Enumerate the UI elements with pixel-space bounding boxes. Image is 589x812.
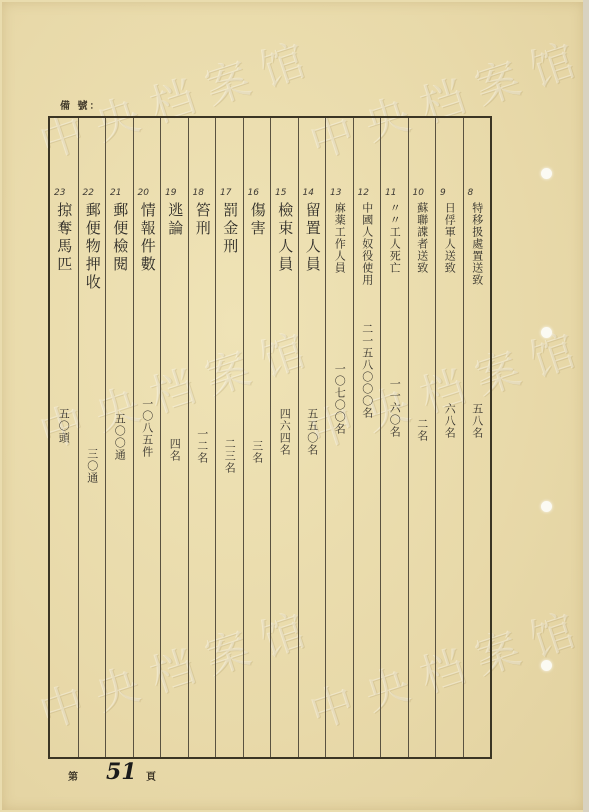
item-number: 23 [54,188,65,198]
item-count: 五〇〇通 [114,413,125,461]
item-label: 麻薬工作人員 [334,202,345,274]
item-count: 一一六〇名 [389,378,400,438]
item-number: 10 [413,188,424,198]
item-count: 三名 [252,440,263,464]
item-count: 二三名 [224,438,235,474]
item-count: 六八名 [444,403,455,439]
item-label: 掠奪馬匹 [56,202,71,274]
table-column: 14留置人員五五〇名 [298,118,327,757]
item-count: 五八名 [472,403,483,439]
item-label: 檢束人員 [277,202,292,274]
table-column: 10蘇聯諜者送致二名 [408,118,437,757]
item-label: 罰金刑 [222,202,237,256]
item-label: 郵便物押收 [85,202,100,292]
table-column: 12中國人奴役使用二一五八〇〇〇名 [353,118,382,757]
punch-hole [541,168,552,179]
item-label: 特移扱處置送致 [472,202,483,286]
item-count: 三〇通 [87,448,98,484]
table-column: 15檢束人員四六四名 [270,118,299,757]
item-number: 11 [385,188,396,198]
reference-label: 備 號： [60,97,101,112]
page-suffix: 頁 [146,768,156,783]
table-column: 13麻薬工作人員一〇七〇〇名 [325,118,354,757]
item-count: 二名 [417,418,428,442]
item-label: 郵便檢閱 [112,202,127,274]
item-number: 13 [330,188,341,198]
punch-hole [541,660,552,671]
table-column: 18笞刑一二名 [188,118,217,757]
item-number: 12 [358,188,369,198]
item-number: 20 [138,188,149,198]
table-column: 8特移扱處置送致五八名 [463,118,492,757]
item-number: 8 [468,188,474,198]
item-number: 21 [110,188,121,198]
item-count: 二一五八〇〇〇名 [362,323,373,419]
table-column: 11〃〃工人死亡一一六〇名 [380,118,409,757]
item-number: 16 [248,188,259,198]
item-number: 15 [275,188,286,198]
item-count: 四六四名 [279,408,290,456]
item-count: 四名 [169,438,180,462]
item-count: 一二名 [197,428,208,464]
item-label: 中國人奴役使用 [362,202,373,286]
item-number: 9 [440,188,446,198]
page-number: 51 [106,759,137,785]
table-column: 17罰金刑二三名 [215,118,244,757]
page-prefix: 第 [68,768,78,783]
item-number: 22 [83,188,94,198]
item-label: 日俘軍人送致 [444,202,455,274]
table-column: 20情報件數一〇八五件 [133,118,162,757]
item-label: 逃論 [167,202,182,238]
table-column: 21郵便檢閱五〇〇通 [105,118,134,757]
item-label: 笞刑 [195,202,210,238]
table-column: 22郵便物押收三〇通 [78,118,107,757]
item-label: 情報件數 [140,202,155,274]
table-column: 23掠奪馬匹五〇頭 [50,118,78,757]
item-count: 五五〇名 [307,408,318,456]
item-number: 14 [303,188,314,198]
item-number: 18 [193,188,204,198]
item-label: 〃〃工人死亡 [389,202,400,274]
table-column: 16傷害三名 [243,118,272,757]
record-table: 23掠奪馬匹五〇頭22郵便物押收三〇通21郵便檢閱五〇〇通20情報件數一〇八五件… [48,116,492,759]
item-count: 五〇頭 [58,408,69,444]
punch-hole [541,327,552,338]
item-number: 17 [220,188,231,198]
item-label: 傷害 [250,202,265,238]
page-edge [583,0,589,812]
punch-hole [541,501,552,512]
item-label: 留置人員 [305,202,320,274]
item-label: 蘇聯諜者送致 [417,202,428,274]
table-column: 19逃論四名 [160,118,189,757]
item-number: 19 [165,188,176,198]
table-column: 9日俘軍人送致六八名 [435,118,464,757]
item-count: 一〇八五件 [142,398,153,458]
item-count: 一〇七〇〇名 [334,363,345,435]
